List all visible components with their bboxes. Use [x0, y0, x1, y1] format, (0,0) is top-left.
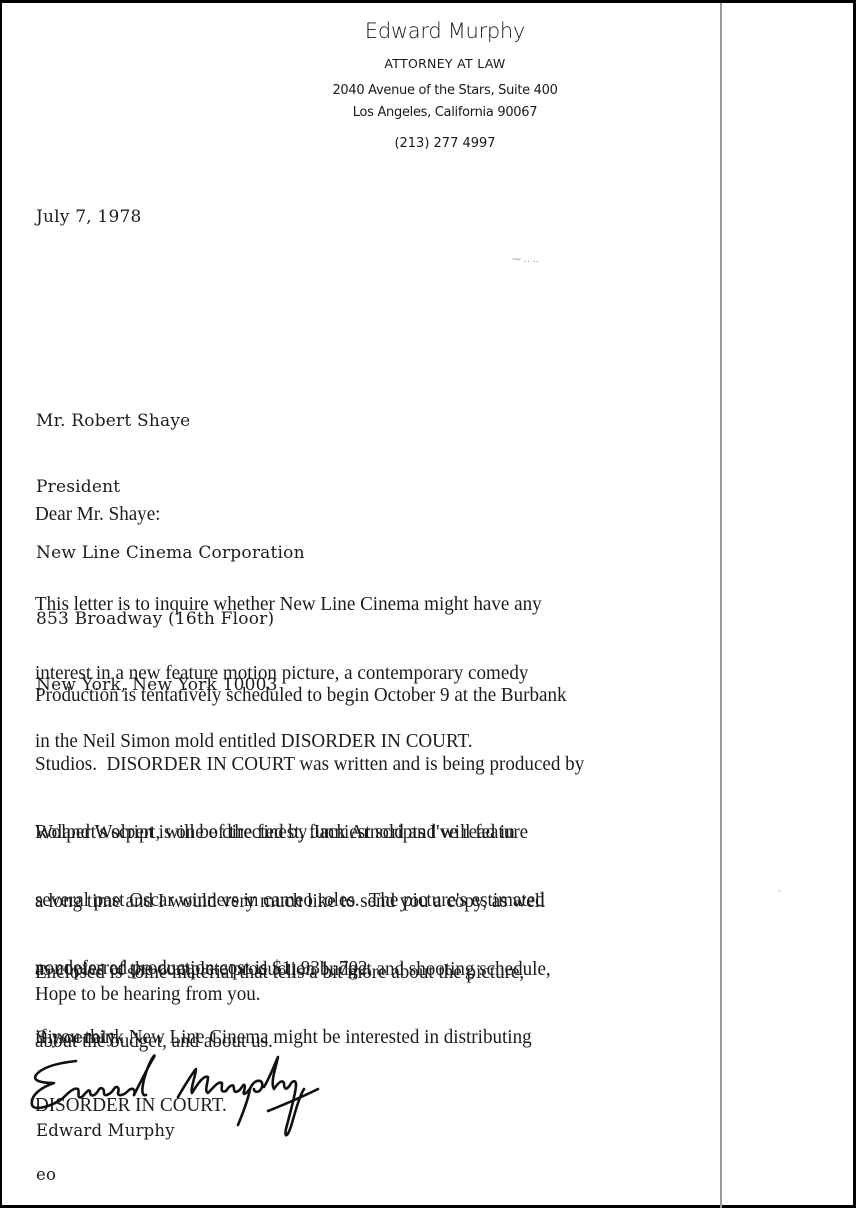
letterhead-name: Edward Murphy [302, 19, 588, 43]
valediction: Sincerely [36, 1027, 116, 1049]
signer-name: Edward Murphy [36, 1120, 175, 1142]
letter-date: July 7, 1978 [36, 206, 142, 228]
scan-fold-line [720, 3, 722, 1208]
salutation: Dear Mr. Shaye: [35, 503, 160, 526]
recipient-line: President [36, 476, 305, 498]
letterhead-address-line1: 2040 Avenue of the Stars, Suite 400 [302, 83, 588, 98]
paragraph-line: Enclosed is some material that tells a b… [35, 961, 524, 984]
paragraph-line: This letter is to inquire whether New Li… [35, 593, 542, 616]
paragraph-line: Wolpert's script is one of the finest, f… [35, 821, 551, 844]
letterhead-title: ATTORNEY AT LAW [302, 56, 588, 71]
recipient-line: Mr. Robert Shaye [36, 410, 305, 432]
letterhead-phone: (213) 277 4997 [302, 136, 588, 151]
paragraph-line: Production is tentatively scheduled to b… [35, 684, 584, 707]
letterhead-address-line2: Los Angeles, California 90067 [302, 105, 588, 120]
paragraph-line: Studios. DISORDER IN COURT was written a… [35, 753, 584, 776]
closing-line: Hope to be hearing from you. [35, 983, 261, 1006]
typist-initials: eo [36, 1164, 56, 1186]
scan-speck: · [778, 887, 781, 897]
letter-page: Edward Murphy ATTORNEY AT LAW 2040 Avenu… [0, 0, 856, 1208]
handwritten-signature-icon [28, 1053, 388, 1173]
paragraph-line: a long time and I would very much like t… [35, 890, 551, 913]
scan-speck: ⁓ ‥ ‥ [512, 255, 539, 265]
